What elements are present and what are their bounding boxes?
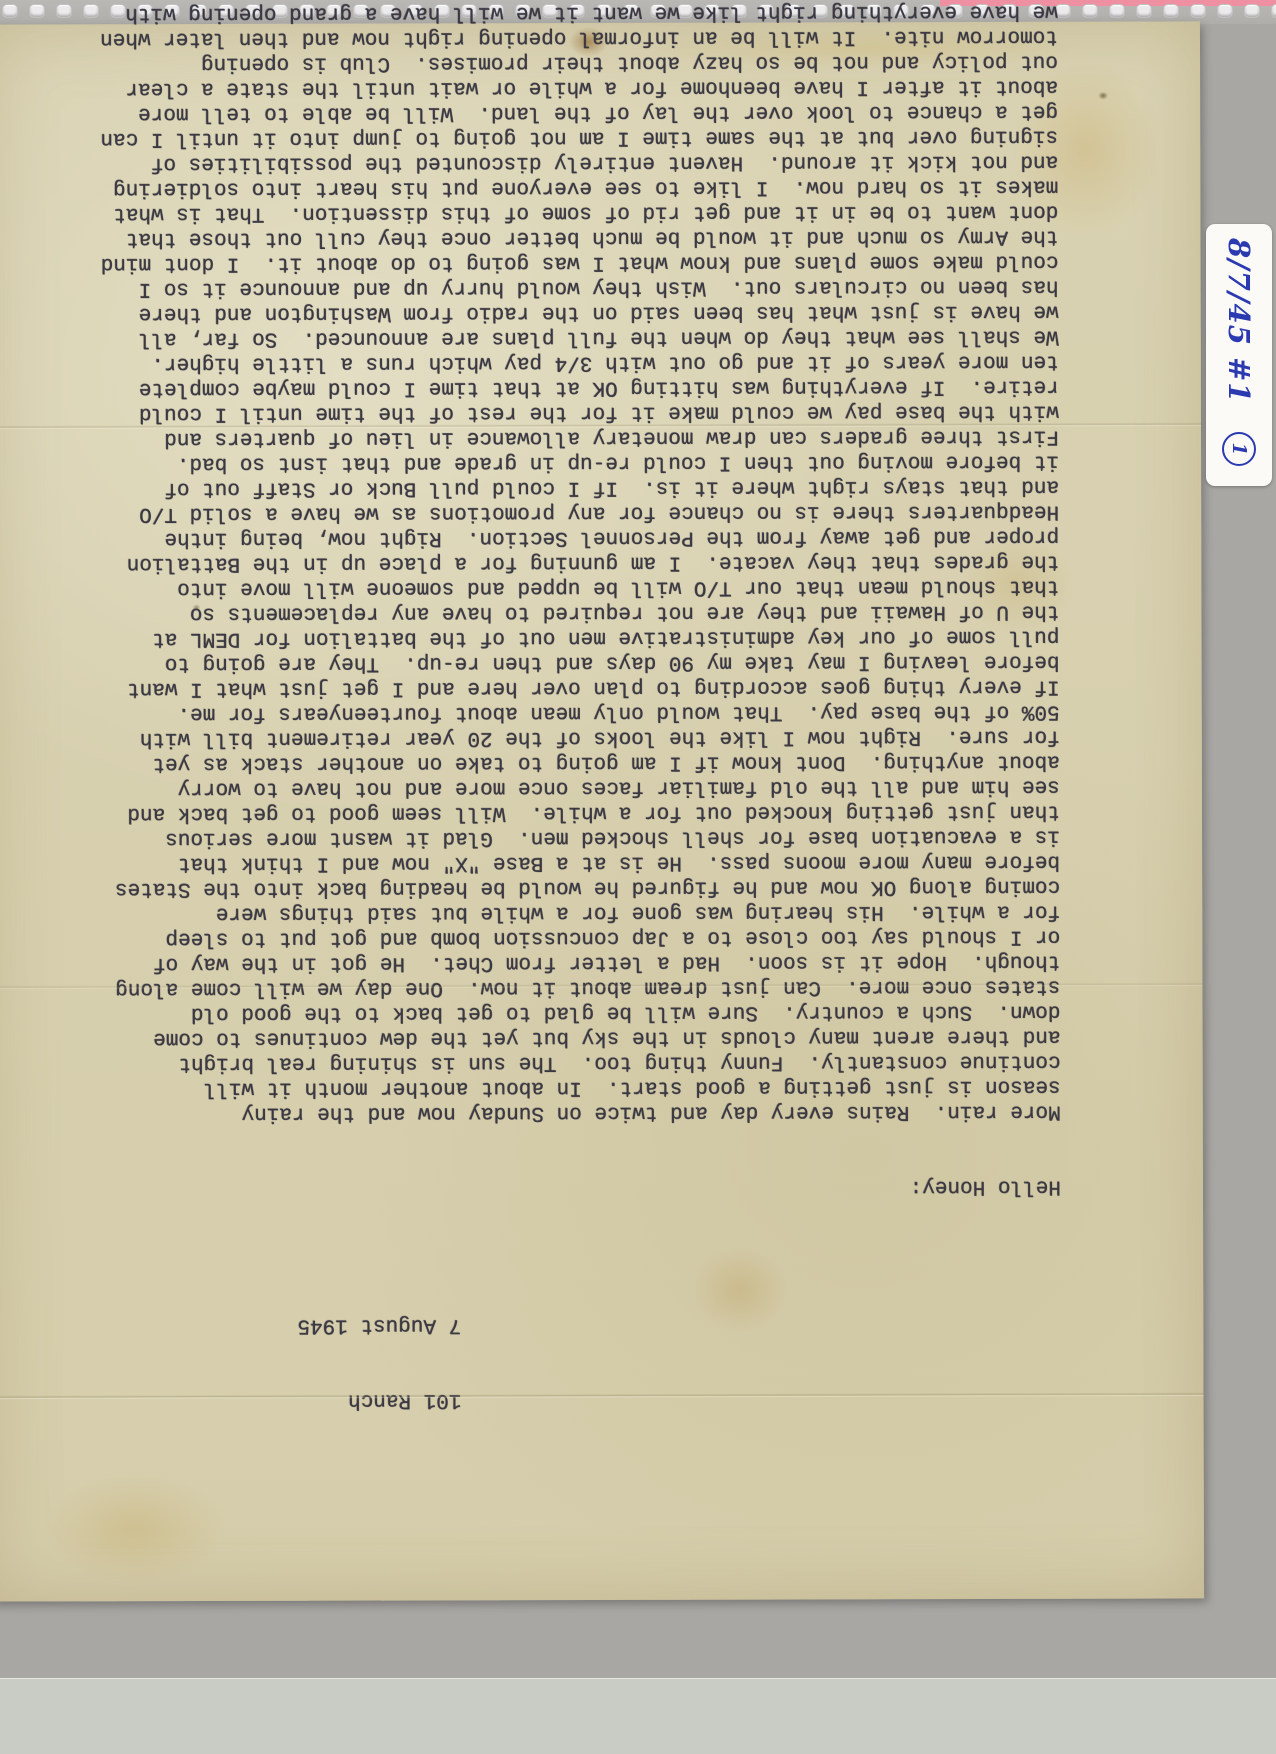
perforation-hole: [1136, 4, 1152, 18]
letter-line: makes it so hard now. I like to see ever…: [58, 174, 1058, 202]
letter-line: coming along OK now and he figured he wo…: [60, 874, 1060, 902]
letter-line: out policy and not be so hazy about thei…: [58, 49, 1058, 77]
letter-line: we have is just what has been said on th…: [59, 299, 1059, 327]
letter-line: and not kick it around. Havent entirely …: [58, 149, 1058, 177]
letter-line: with the base pay we could make it for t…: [59, 399, 1059, 427]
letter-line: it before moving out then I could re-up …: [59, 449, 1059, 477]
letter-page: 101 Ranch 7 August 1945 Hello Honey: Mor…: [0, 21, 1204, 1601]
letter-line: before many more moons pass. He is at a …: [60, 849, 1060, 877]
letter-line: and that stays right where it is. If I c…: [59, 474, 1059, 502]
letter-line: get a chance to look over the lay of the…: [58, 99, 1058, 127]
letter-line: down. Such a country. Sure will be glad …: [60, 999, 1060, 1027]
salutation: Hello Honey:: [61, 1174, 1061, 1202]
letter-line: signing over but at the same time I am n…: [58, 124, 1058, 152]
scanned-letter-page: { "scan": { "perforation_count": 52, "co…: [0, 0, 1276, 1754]
letter-line: see him and all the old familiar faces o…: [60, 774, 1060, 802]
sticker-date-label: 8/7/45 #1: [1222, 238, 1256, 403]
perforation-hole: [1217, 4, 1233, 18]
letter-line: proper and get away from the Personnel S…: [59, 524, 1059, 552]
letter-line: the grades that they vacate. I am gunnin…: [59, 549, 1059, 577]
letter-line: is a evacuation base for shell shocked m…: [60, 824, 1060, 852]
letter-line: We shall see what they do when the full …: [59, 324, 1059, 352]
letter-line: for sure. Right now I like the looks of …: [60, 724, 1060, 752]
perforation-hole: [1082, 4, 1098, 18]
letter-line: for a while. His hearing was gone for a …: [60, 899, 1060, 927]
archive-sticker: 8/7/45 #1 1: [1206, 224, 1272, 486]
letter-line: First three graders can draw monetary al…: [59, 424, 1059, 452]
letter-line: 50% of the base pay. That would only mea…: [60, 699, 1060, 727]
letter-line: retire. If everything was hitting OK at …: [59, 374, 1059, 402]
heading-date: 7 August 1945: [61, 1312, 461, 1338]
scanner-lower-band: [0, 1678, 1276, 1754]
perforation-hole: [1163, 4, 1179, 18]
letter-line: tomorrow nite. It will be an informal op…: [58, 24, 1058, 52]
letter-line: pull some of our key administrative men …: [60, 624, 1060, 652]
letter-line: about anything. Dont know if I am going …: [60, 749, 1060, 777]
letter-line: More rain. Rains every day and twice on …: [61, 1099, 1061, 1127]
letter-line: the Army so much and it would be much be…: [58, 224, 1058, 252]
sticker-handwriting: 8/7/45 #1 1: [1206, 224, 1272, 486]
letter-line: states once more. Can just dream about i…: [60, 974, 1060, 1002]
letter-line: that should mean that our T/O will be up…: [59, 574, 1059, 602]
letter-line: we have everything right like we want it…: [58, 0, 1058, 26]
letter-line: season is just getting a good start. In …: [61, 1074, 1061, 1102]
perforation-hole: [1109, 4, 1125, 18]
letter-line: or I should say too close to a Jap concu…: [60, 924, 1060, 952]
letter-line: continue constantly. Funny thing too. Th…: [61, 1049, 1061, 1077]
letter-text: 101 Ranch 7 August 1945 Hello Honey: Mor…: [57, 0, 1062, 1513]
letter-line: Headquarters there is no chance for any …: [59, 499, 1059, 527]
circled-number: 1: [1222, 432, 1256, 466]
letter-line: could make some plans and know what I wa…: [59, 249, 1059, 277]
letter-body: More rain. Rains every day and twice on …: [57, 0, 1061, 1126]
letter-line: has been no circulars out. Wish they wou…: [59, 274, 1059, 302]
letter-line: before leaving I may take my 90 days and…: [60, 649, 1060, 677]
letter-line: If every thing goes according to plan ov…: [60, 674, 1060, 702]
letter-line: about it after I have beenhome for a whi…: [58, 74, 1058, 102]
heading-location: 101 Ranch: [62, 1387, 462, 1413]
perforation-hole: [1244, 4, 1260, 18]
perforation-hole: [29, 4, 45, 18]
letter-line: than just getting knocked out for a whil…: [60, 799, 1060, 827]
letter-line: and there arent many clouds in the sky b…: [61, 1024, 1061, 1052]
letter-line: the U of Hawaii and they are not require…: [59, 599, 1059, 627]
letter-line: ten more years of it and go out with 3/4…: [59, 349, 1059, 377]
letter-line: though. Hope it is soon. Had a letter fr…: [60, 949, 1060, 977]
letter-heading: 101 Ranch 7 August 1945: [61, 1262, 462, 1463]
perforation-hole: [1271, 4, 1276, 18]
perforation-hole: [2, 4, 18, 18]
perforation-hole: [1190, 4, 1206, 18]
letter-line: dont want to be in it and get rid of som…: [58, 199, 1058, 227]
flipped-content: 101 Ranch 7 August 1945 Hello Honey: Mor…: [0, 21, 1204, 1601]
